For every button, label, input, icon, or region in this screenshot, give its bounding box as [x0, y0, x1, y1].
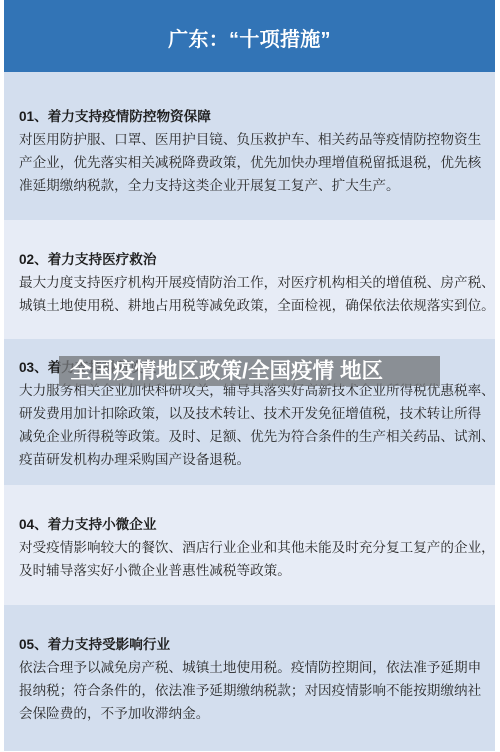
section-text-line: 减免企业所得税等政策。及时、足额、优先为符合条件的生产相关药品、试剂、 — [19, 425, 495, 448]
section-text-line: 最大力度支持医疗机构开展疫情防治工作，对医疗机构相关的增值税、房产税、 — [19, 271, 495, 294]
section-text-line: 会保险费的，不予加收滞纳金。 — [19, 702, 495, 725]
section-heading: 05、着力支持受影响行业 — [19, 634, 495, 656]
section-text-line: 城镇土地使用税、耕地占用税等减免政策，全面检视，确保依法依规落实到位。 — [19, 294, 495, 317]
section-text-line: 依法合理予以减免房产税、城镇土地使用税。疫情防控期间，依法准予延期申 — [19, 656, 495, 679]
section-01: 01、着力支持疫情防控物资保障 对医用防护服、口罩、医用护目镜、负压救护车、相关… — [4, 72, 495, 220]
section-05: 05、着力支持受影响行业 依法合理予以减免房产税、城镇土地使用税。疫情防控期间，… — [4, 605, 495, 751]
header-banner: 广东：“十项措施” — [4, 0, 495, 72]
section-heading: 01、着力支持疫情防控物资保障 — [19, 106, 495, 128]
section-heading: 04、着力支持小微企业 — [19, 514, 495, 536]
section-text-line: 对受疫情影响较大的餐饮、酒店行业企业和其他未能及时充分复工复产的企业， — [19, 536, 495, 559]
section-02: 02、着力支持医疗救治 最大力度支持医疗机构开展疫情防治工作，对医疗机构相关的增… — [4, 220, 495, 339]
section-text-line: 产企业，优先落实相关减税降费政策，优先加快办理增值税留抵退税，优先核 — [19, 151, 495, 174]
section-text-line: 报纳税；符合条件的，依法准予延期缴纳税款；对因疫情影响不能按期缴纳社 — [19, 679, 495, 702]
section-04: 04、着力支持小微企业 对受疫情影响较大的餐饮、酒店行业企业和其他未能及时充分复… — [4, 485, 495, 605]
section-text-line: 及时辅导落实好小微企业普惠性减税等政策。 — [19, 559, 495, 582]
page-title: 广东：“十项措施” — [168, 23, 331, 52]
watermark-caption-overlay: 全国疫情地区政策/全国疫情 地区 — [59, 356, 440, 386]
section-text-line: 对医用防护服、口罩、医用护目镜、负压救护车、相关药品等疫情防控物资生 — [19, 128, 495, 151]
section-heading: 02、着力支持医疗救治 — [19, 249, 495, 271]
section-text-line: 准延期缴纳税款，全力支持这类企业开展复工复产、扩大生产。 — [19, 174, 495, 197]
section-text-line: 研发费用加计扣除政策，以及技术转让、技术开发免征增值税，技术转让所得 — [19, 402, 495, 425]
section-text-line: 疫苗研发机构办理采购国产设备退税。 — [19, 448, 495, 471]
